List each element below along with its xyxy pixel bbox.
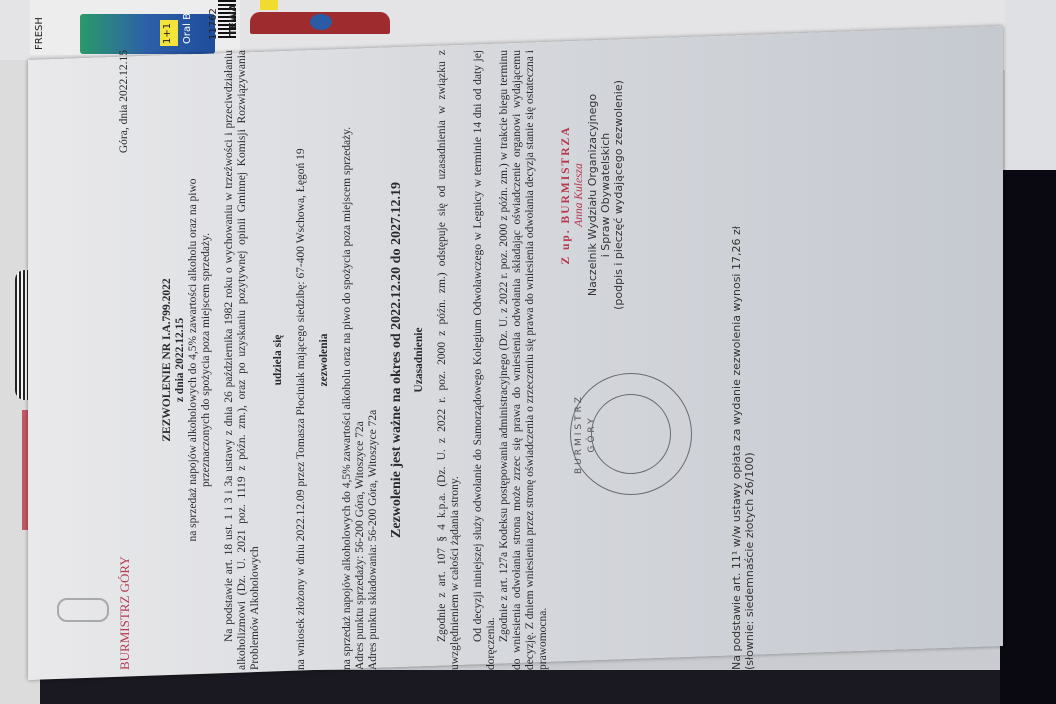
- background-blue-dot: [310, 14, 332, 30]
- grants-heading: udziela się: [272, 50, 285, 670]
- flyer-label-promo: 1+1: [162, 23, 173, 44]
- fee-info: Na podstawie art. 11¹ w/w ustawy opłata …: [730, 50, 743, 670]
- toothbrush-image: [80, 14, 215, 54]
- background-dark-surface: [1000, 170, 1056, 704]
- justification-heading: Uzasadnienie: [413, 50, 426, 670]
- paperclip: [57, 598, 109, 622]
- eagle-emblem-icon: [591, 394, 671, 474]
- fee-in-words: (słownie: siedemnaście złotych 26/100): [743, 50, 756, 670]
- permit-document: BURMISTRZ GÓRY Góra, dnia 2022.12.15 ZEZ…: [118, 50, 938, 670]
- permit-scope: na sprzedaż napojów alkoholowych do 4,5%…: [341, 50, 354, 670]
- flyer-label-code: 11762: [208, 8, 219, 40]
- permit-date: z dnia 2022.12.15: [174, 50, 187, 670]
- signatory-name: Anna Kulesza: [573, 50, 586, 340]
- flyer-label-brand: Oral B: [182, 13, 193, 44]
- storage-address: Adres punktu składowania: 56-200 Góra, W…: [367, 50, 380, 670]
- permit-subtitle-1: na sprzedaż napojów alkoholowych do 4,5%…: [187, 50, 200, 670]
- background-right-paper: [1005, 0, 1056, 175]
- appeal-text: Od decyzji niniejszej służy odwołanie do…: [472, 50, 498, 670]
- background-yellow-item: [260, 0, 278, 10]
- official-stamp: BURMISTRZ GÓRY: [570, 373, 692, 495]
- signature-caption: (podpis i pieczęć wydającego zezwolenie): [612, 50, 625, 340]
- signature-area: BURMISTRZ GÓRY Z up. BURMISTRZA Anna Kul…: [560, 50, 710, 670]
- permit-subtitle-2: przeznaczonych do spożycia poza miejscem…: [200, 50, 213, 670]
- signatory-department: i Spraw Obywatelskich: [599, 50, 612, 340]
- legal-basis: Na podstawie art. 18 ust. 1 i 3 i 3a ust…: [223, 50, 262, 670]
- signature-authority: Z up. BURMISTRZA: [560, 50, 573, 340]
- applicant-info: na wniosek złożony w dniu 2022.12.09 prz…: [295, 50, 308, 670]
- background-dark-bottom: [40, 670, 1000, 704]
- justification-text: Zgodnie z art. 107 § 4 k.p.a. (Dz. U. z …: [436, 50, 462, 670]
- validity-period: Zezwolenie jest ważne na okres od 2022.1…: [390, 50, 403, 670]
- permit-heading: zezwolenia: [318, 50, 331, 670]
- permit-title: ZEZWOLENIE NR I.A.799.2022: [161, 50, 174, 670]
- sale-address: Adres punktu sprzedaży: 56-200 Góra, Wit…: [354, 50, 367, 670]
- place-date: Góra, dnia 2022.12.15: [118, 50, 131, 153]
- flyer-label-fresh: FRESH: [34, 17, 45, 50]
- issuer-heading: BURMISTRZ GÓRY: [118, 556, 131, 670]
- waiver-text: Zgodnie z art. 127a Kodeksu postępowania…: [498, 50, 550, 670]
- signature-block: Z up. BURMISTRZA Anna Kulesza Naczelnik …: [560, 50, 625, 340]
- signatory-role: Naczelnik Wydziału Organizacyjnego: [586, 50, 599, 340]
- flyer-label-tewa: TEWA: [228, 4, 239, 36]
- background-flyer: FRESH 1+1 Oral B 11762 TEWA: [30, 0, 240, 55]
